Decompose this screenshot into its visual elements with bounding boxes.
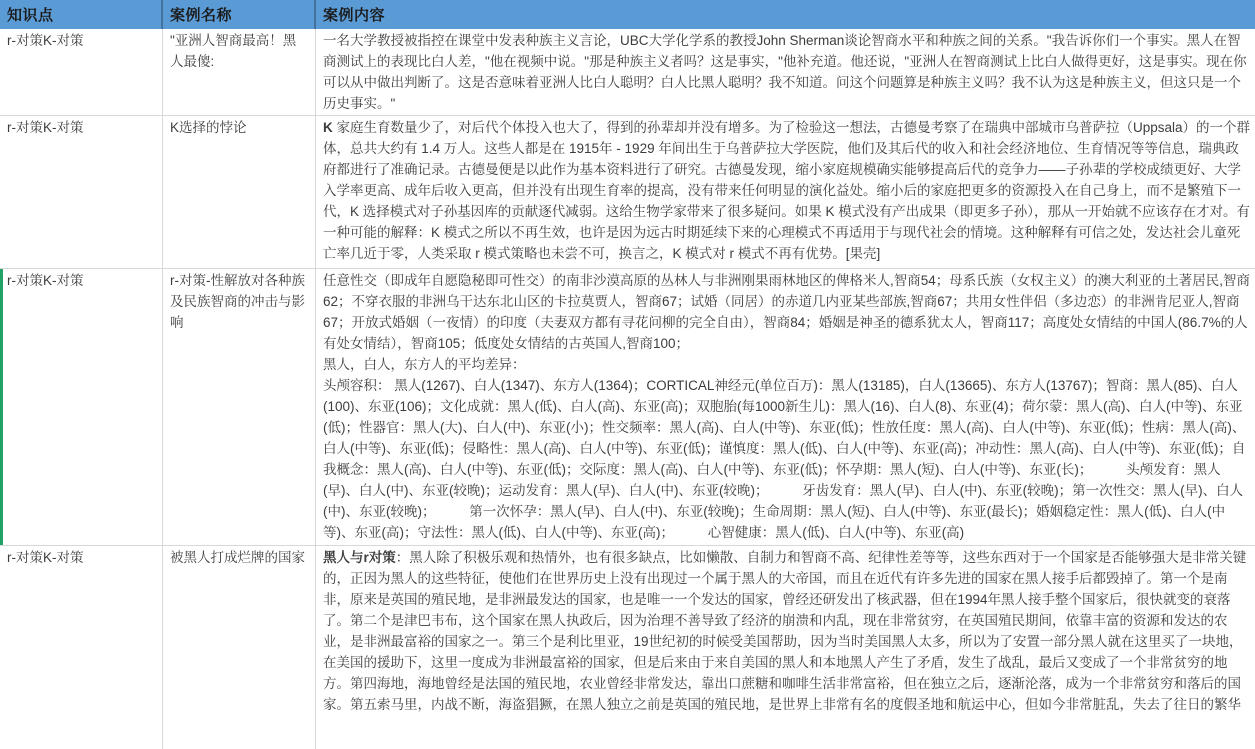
cell-case-name[interactable]: 被黑人打成烂牌的国家 [163,546,316,749]
table-row: r-对策K-对策被黑人打成烂牌的国家黑人与r对策：黑人除了积极乐观和热情外，也有… [0,546,1255,749]
cell-knowledge-point[interactable]: r-对策K-对策 [0,546,163,749]
content-paragraph: 黑人与r对策：黑人除了积极乐观和热情外，也有很多缺点，比如懒散、自制力和智商不高… [323,547,1251,715]
cell-case-name[interactable]: r-对策-性解放对各种族及民族智商的冲击与影响 [163,269,316,546]
case-table: 知识点 案例名称 案例内容 r-对策K-对策"亚洲人智商最高！黑人最傻:一名大学… [0,0,1255,749]
cell-case-content[interactable]: 任意性交（即成年自愿隐秘即可性交）的南非沙漠高原的丛林人与非洲刚果雨林地区的俾格… [316,269,1255,546]
cell-knowledge-point[interactable]: r-对策K-对策 [0,269,163,546]
table-header: 知识点 案例名称 案例内容 [0,0,1255,29]
content-paragraph: 任意性交（即成年自愿隐秘即可性交）的南非沙漠高原的丛林人与非洲刚果雨林地区的俾格… [323,270,1251,354]
content-paragraph: K 家庭生育数量少了，对后代个体投入也大了，得到的孙辈却并没有增多。为了检验这一… [323,117,1251,264]
table-row: r-对策K-对策"亚洲人智商最高！黑人最傻:一名大学教授被指控在课堂中发表种族主… [0,29,1255,116]
table-row: r-对策K-对策r-对策-性解放对各种族及民族智商的冲击与影响任意性交（即成年自… [0,269,1255,546]
cell-case-content[interactable]: 一名大学教授被指控在课堂中发表种族主义言论，UBC大学化学系的教授John Sh… [316,29,1255,116]
table-row: r-对策K-对策K选择的悖论K 家庭生育数量少了，对后代个体投入也大了，得到的孙… [0,116,1255,269]
cell-case-content[interactable]: K 家庭生育数量少了，对后代个体投入也大了，得到的孙辈却并没有增多。为了检验这一… [316,116,1255,269]
content-paragraph: 头颅容积： 黑人(1267)、白人(1347)、东方人(1364)；CORTIC… [323,375,1251,543]
column-header-case-content[interactable]: 案例内容 [316,0,1255,29]
cell-knowledge-point[interactable]: r-对策K-对策 [0,116,163,269]
cell-case-name[interactable]: K选择的悖论 [163,116,316,269]
cell-case-name[interactable]: "亚洲人智商最高！黑人最傻: [163,29,316,116]
cell-knowledge-point[interactable]: r-对策K-对策 [0,29,163,116]
table-body: r-对策K-对策"亚洲人智商最高！黑人最傻:一名大学教授被指控在课堂中发表种族主… [0,29,1255,749]
content-paragraph: 一名大学教授被指控在课堂中发表种族主义言论，UBC大学化学系的教授John Sh… [323,30,1251,114]
column-header-case-name[interactable]: 案例名称 [163,0,316,29]
cell-case-content[interactable]: 黑人与r对策：黑人除了积极乐观和热情外，也有很多缺点，比如懒散、自制力和智商不高… [316,546,1255,749]
content-paragraph: 黑人，白人，东方人的平均差异： [323,354,1251,375]
column-header-knowledge-point[interactable]: 知识点 [0,0,163,29]
